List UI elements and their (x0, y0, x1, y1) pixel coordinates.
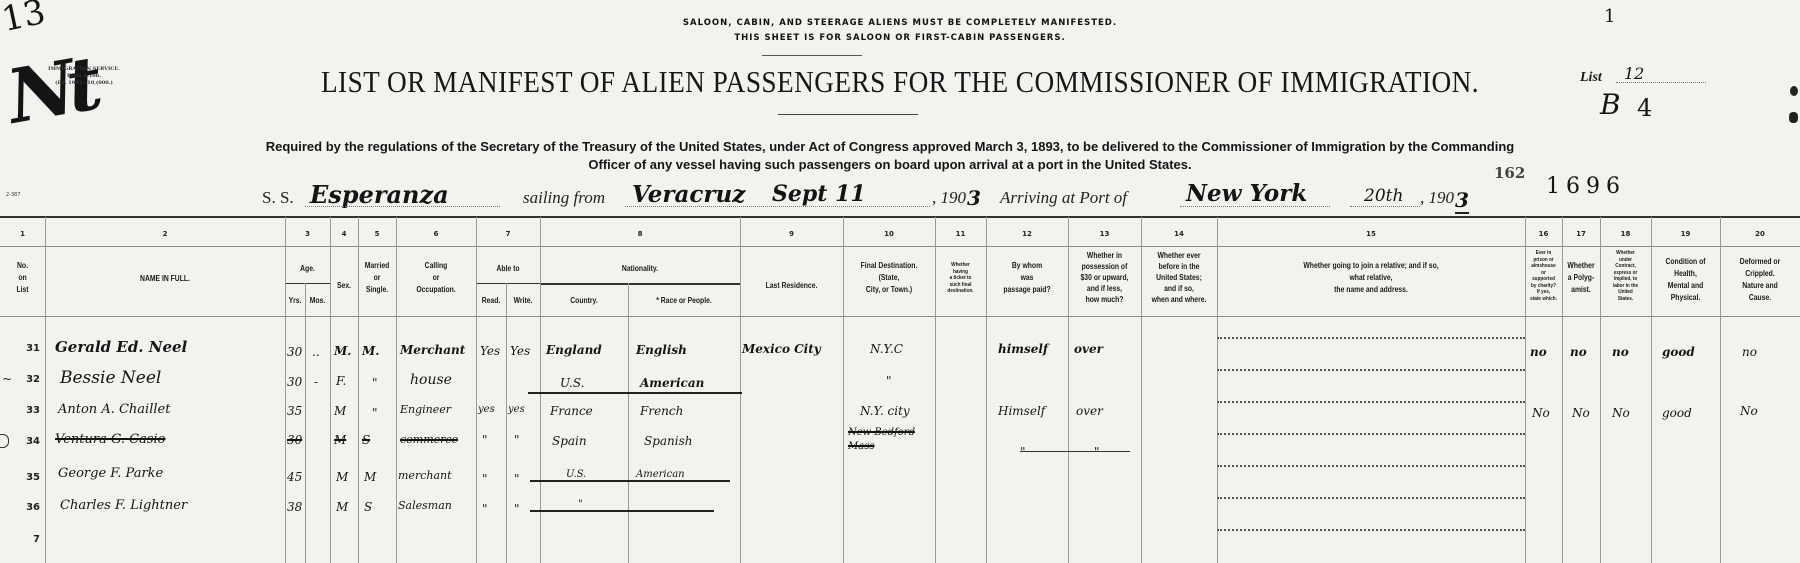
list-extra-letter: B (1600, 88, 1621, 121)
header-passage-paid: By whomwaspassage paid? (992, 260, 1062, 296)
sailing-year-prefix: , 190 (932, 188, 966, 208)
colnum-14: 14 (1141, 230, 1217, 244)
header-country: Country. (547, 295, 622, 307)
header-nationality: Nationality. (555, 263, 725, 275)
header-married: MarriedorSingle. (361, 260, 393, 296)
arrival-year-suffix: 3 (1455, 188, 1469, 214)
arrival-year-prefix: , 190 (1420, 188, 1454, 208)
departure-date: Sept 11 (772, 181, 866, 207)
race: Spanish (644, 434, 693, 448)
arrival-date: 20th (1364, 186, 1403, 206)
list-extra-number: 4 (1637, 94, 1652, 122)
list-label: List (1580, 70, 1602, 85)
sailing-from-label: sailing from (523, 188, 605, 208)
passage-paid-by: " (1020, 445, 1026, 459)
banner-divider (762, 55, 862, 56)
required-line-2: Officer of any vessel having such passen… (80, 156, 1700, 174)
age-yrs: 35 (287, 404, 302, 418)
voyage-line: S. S. Esperanza sailing from Veracruz Se… (0, 184, 1800, 214)
country: England (546, 343, 602, 357)
health: good (1662, 345, 1695, 359)
marital-status: " (372, 376, 378, 390)
header-previous-us: Whether everbefore in theUnited States;a… (1147, 250, 1212, 305)
occupation: merchant (398, 469, 452, 482)
can-write: yes (508, 404, 525, 415)
can-write: " (514, 502, 520, 516)
last-residence: Mexico City (742, 342, 821, 356)
arriving-label: Arriving at Port of (1000, 188, 1127, 208)
age-subdivider (285, 283, 330, 284)
strike-line (530, 510, 714, 512)
colnum-18: 18 (1600, 230, 1651, 244)
race: American (640, 376, 704, 390)
occupation: house (410, 372, 452, 388)
colnum-13: 13 (1068, 230, 1141, 244)
handwritten-number: 1696 (1546, 174, 1626, 199)
banner-line-1: SALOON, CABIN, AND STEERAGE ALIENS MUST … (0, 18, 1800, 28)
deformed: No (1740, 404, 1758, 418)
can-read: " (482, 472, 488, 486)
final-destination: N.Y. city (860, 404, 910, 418)
age-yrs: 45 (287, 470, 302, 484)
header-sex: Sex. (332, 280, 356, 292)
right-edge-mark (1790, 86, 1798, 96)
ship-name: Esperanza (310, 180, 449, 209)
nationality-subdivider (540, 283, 740, 285)
marital-status: M (364, 470, 376, 484)
departure-port: Veracruz (632, 181, 745, 208)
colnum-19: 19 (1651, 230, 1720, 244)
deformed: no (1742, 345, 1757, 359)
country: Spain (552, 434, 587, 448)
header-name: NAME IN FULL. (63, 273, 267, 285)
age-yrs: 30 (287, 433, 302, 447)
header-write: Write. (509, 295, 538, 307)
able-subdivider (476, 283, 540, 284)
can-write: " (514, 433, 520, 447)
can-read: yes (478, 404, 495, 415)
passenger-name: George F. Parke (58, 466, 163, 481)
colnum-20: 20 (1720, 230, 1800, 244)
header-occupation: CallingorOccupation. (402, 260, 470, 296)
strike-line (528, 392, 742, 394)
money: " (1094, 445, 1100, 459)
margin-tick: ~ (2, 372, 12, 386)
header-age-mos: Mos. (307, 295, 328, 307)
can-read: " (482, 433, 488, 447)
marital-status: " (372, 406, 378, 420)
header-health: Condition ofHealth,Mental andPhysical. (1656, 256, 1715, 304)
passenger-name: Gerald Ed. Neel (55, 338, 187, 356)
age-yrs: 38 (287, 500, 302, 514)
country: U.S. (560, 376, 584, 390)
occupation: Engineer (400, 403, 451, 416)
banner-line-2: THIS SHEET IS FOR SALOON OR FIRST-CABIN … (0, 33, 1800, 43)
header-money: Whether inpossession of$30 or upward,and… (1073, 250, 1135, 305)
row-number: 31 (0, 343, 40, 354)
row-number: 7 (0, 534, 40, 545)
country: U.S. (566, 469, 586, 480)
occupation: Merchant (400, 343, 465, 357)
header-last-residence: Last Residence. (748, 280, 836, 292)
header-read: Read. (478, 295, 504, 307)
age-mos: .. (312, 345, 320, 359)
passenger-name: Ventura G. Casio (55, 432, 166, 447)
passenger-name: Charles F. Lightner (60, 498, 187, 513)
can-read: " (482, 502, 488, 516)
race: French (640, 404, 683, 418)
can-write: " (514, 472, 520, 486)
sex: M (336, 470, 348, 484)
country: " (578, 499, 583, 510)
header-age-yrs: Yrs. (287, 295, 304, 307)
colnum-10: 10 (843, 230, 935, 244)
colnum-12: 12 (986, 230, 1068, 244)
prison: no (1530, 345, 1547, 359)
race: American (636, 469, 685, 480)
row-number: 36 (0, 502, 40, 513)
strike-line (530, 480, 730, 482)
money: over (1074, 342, 1103, 356)
sex: M (334, 404, 346, 418)
colnum-rule (0, 246, 1800, 247)
sex: M (334, 433, 346, 447)
arrival-port: New York (1186, 180, 1307, 207)
header-age: Age. (288, 263, 326, 275)
final-destination: New Bedford Mass (848, 426, 934, 454)
passage-paid-by: himself (998, 342, 1048, 356)
can-write: Yes (510, 344, 530, 358)
money: over (1076, 404, 1103, 418)
colnum-17: 17 (1562, 230, 1600, 244)
race: English (636, 343, 687, 357)
colnum-9: 9 (740, 230, 843, 244)
polygamist: no (1570, 345, 1587, 359)
required-line-1: Required by the regulations of the Secre… (80, 138, 1700, 156)
colnum-15: 15 (1217, 230, 1525, 244)
occupation: commerce (400, 433, 458, 446)
strike-line (1020, 451, 1130, 452)
header-final-destination: Final Destination.(State,City, or Town.) (850, 260, 928, 296)
row-number: 33 (0, 405, 40, 416)
colnum-5: 5 (358, 230, 396, 244)
marital-status: M. (362, 344, 379, 358)
ss-label: S. S. (262, 188, 294, 208)
country: France (550, 404, 593, 418)
health: good (1662, 406, 1692, 420)
sex: M. (334, 344, 351, 358)
header-prison: Ever inprison oralmshouseorsupportedby c… (1528, 250, 1559, 302)
colnum-6: 6 (396, 230, 476, 244)
marital-status: S (362, 433, 370, 447)
header-race: * Race or People. (636, 295, 731, 307)
sex: M (336, 500, 348, 514)
margin-mark-nt: Nt (1, 41, 100, 141)
marital-status: S (364, 500, 372, 514)
list-number: 12 (1624, 64, 1644, 83)
header-relative: Whether going to join a relative; and if… (1240, 260, 1502, 296)
passenger-name: Bessie Neel (60, 368, 161, 388)
prison: No (1532, 406, 1550, 420)
header-able-to: Able to (481, 263, 535, 275)
header-deformed: Deformed orCrippled.Nature andCause. (1726, 256, 1794, 304)
polygamist: No (1572, 406, 1590, 420)
age-yrs: 30 (287, 345, 302, 359)
final-destination: " (886, 374, 892, 388)
table-top-rule (0, 216, 1800, 218)
colnum-1: 1 (0, 230, 45, 244)
stamp-number: 162 (1494, 164, 1525, 182)
sex: F. (336, 374, 346, 388)
colnum-2: 2 (45, 230, 285, 244)
header-no-on-list: No.onList (3, 260, 41, 296)
title-divider (778, 114, 918, 115)
page-title: LIST OR MANIFEST OF ALIEN PASSENGERS FOR… (108, 64, 1692, 100)
age-mos: - (314, 375, 318, 389)
age-yrs: 30 (287, 375, 302, 389)
passenger-name: Anton A. Chaillet (58, 402, 170, 417)
colnum-16: 16 (1525, 230, 1562, 244)
contract: No (1612, 406, 1630, 420)
header-contract: WhetherunderContract,express orimplied, … (1604, 250, 1647, 302)
colnum-3: 3 (285, 230, 330, 244)
passage-paid-by: Himself (998, 404, 1045, 418)
colnum-4: 4 (330, 230, 358, 244)
contract: no (1612, 345, 1629, 359)
header-ticket: Whetherhavinga ticket tosuch finaldestin… (939, 262, 982, 295)
can-read: Yes (480, 344, 500, 358)
header-bottom-rule (0, 316, 1800, 317)
list-field: List 12 (1580, 68, 1710, 90)
right-edge-mark-2 (1789, 112, 1798, 123)
sailing-year-suffix: 3 (967, 186, 981, 210)
colnum-11: 11 (935, 230, 986, 244)
final-destination: N.Y.C (870, 342, 903, 356)
header-polygamist: Whethera Polyg-amist. (1565, 260, 1597, 296)
occupation: Salesman (398, 499, 452, 512)
colnum-7: 7 (476, 230, 540, 244)
row-number: 35 (0, 472, 40, 483)
colnum-8: 8 (540, 230, 740, 244)
